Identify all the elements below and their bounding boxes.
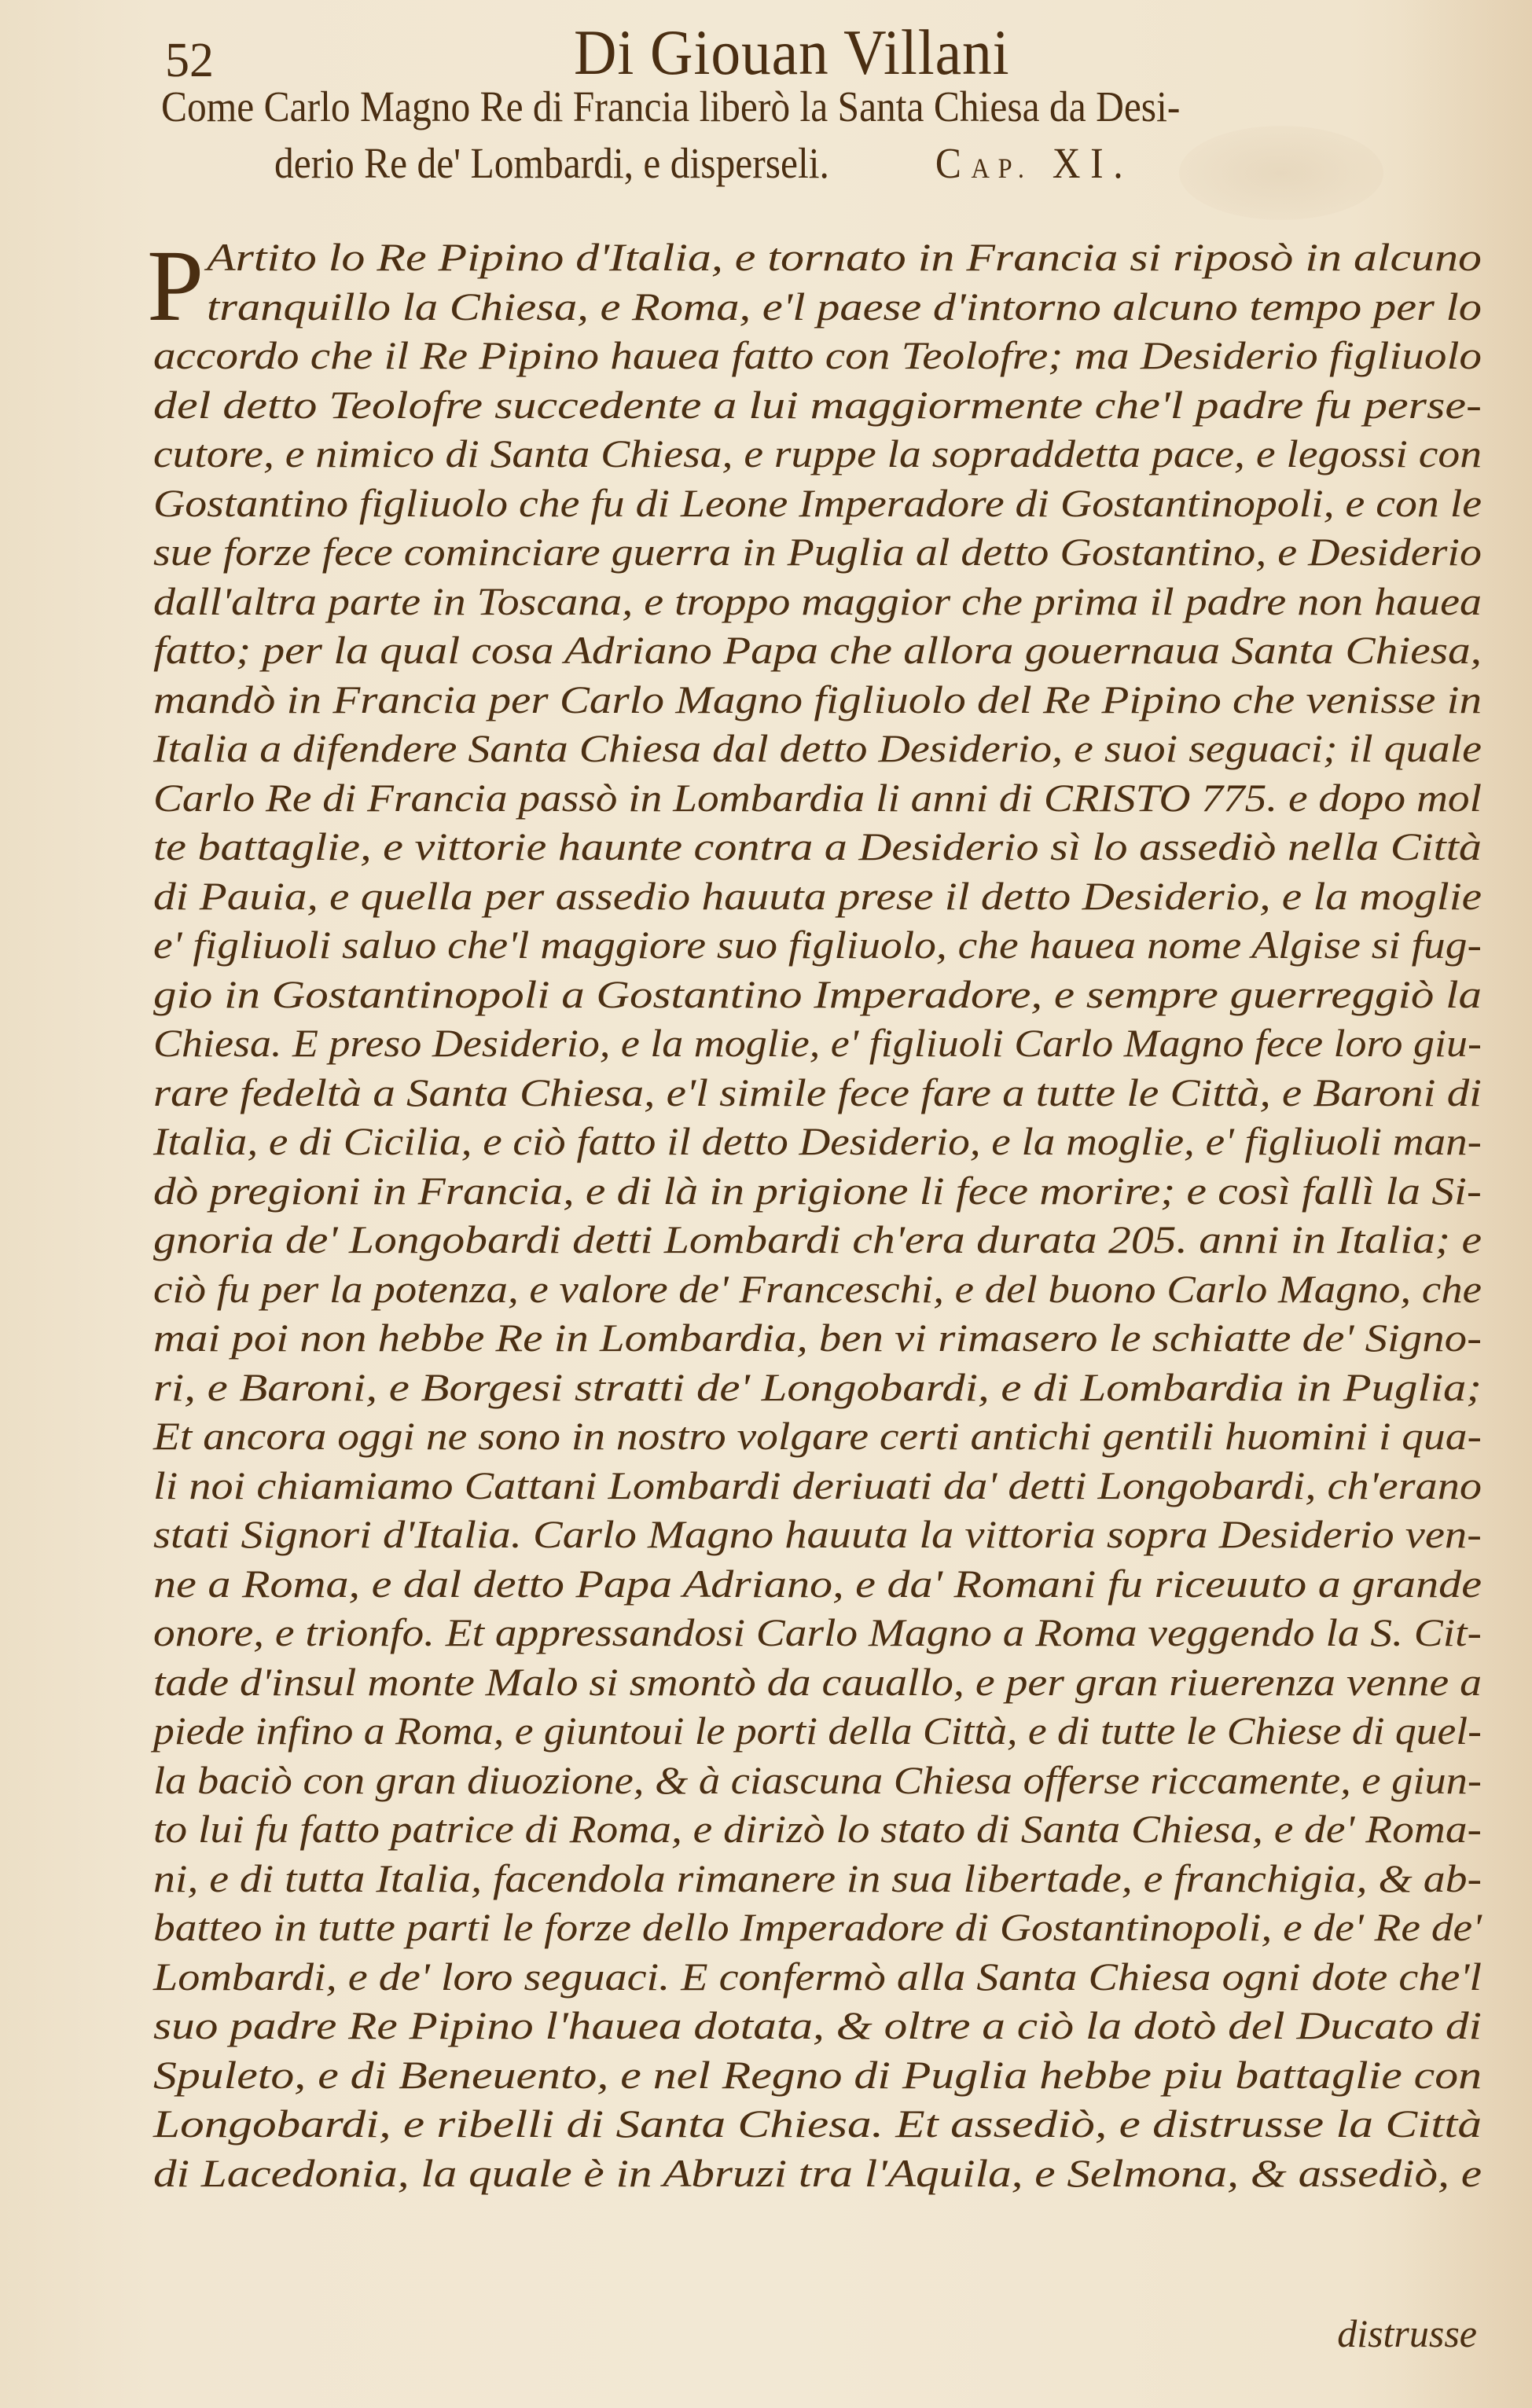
text-line: gio in Gostantinopoli a Gostantino Imper… — [153, 970, 1482, 1019]
text-line: li noi chiamiamo Cattani Lombardi deriua… — [153, 1461, 1482, 1511]
text-line: Spuleto, e di Beneuento, e nel Regno di … — [153, 2050, 1482, 2100]
chapter-label-ap: AP. — [971, 152, 1032, 184]
text-line: la baciò con gran diuozione, & à ciascun… — [153, 1756, 1482, 1805]
text-line: Artito lo Re Pipino d'Italia, e tornato … — [153, 233, 1482, 282]
text-line: del detto Teolofre succedente a lui magg… — [153, 380, 1482, 430]
text-line: te battaglie, e vittorie haunte contra a… — [153, 822, 1482, 872]
text-line: to lui fu fatto patrice di Roma, e diriz… — [153, 1804, 1482, 1854]
text-line: fatto; per la qual cosa Adriano Papa che… — [153, 626, 1482, 675]
text-line: Gostantino figliuolo che fu di Leone Imp… — [153, 479, 1482, 528]
text-line: suo padre Re Pipino l'hauea dotata, & ol… — [153, 2001, 1482, 2050]
text-line: accordo che il Re Pipino hauea fatto con… — [153, 331, 1482, 380]
book-page: 52 Di Giouan Villani Come Carlo Magno Re… — [0, 0, 1532, 2408]
text-line: ri, e Baroni, e Borgesi stratti de' Long… — [153, 1363, 1482, 1412]
text-line: mai poi non hebbe Re in Lombardia, ben v… — [153, 1313, 1482, 1363]
text-line: Italia a difendere Santa Chiesa dal dett… — [153, 724, 1482, 773]
text-line: batteo in tutte parti le forze dello Imp… — [153, 1903, 1482, 1952]
text-line: Lombardi, e de' loro seguaci. E confermò… — [153, 1952, 1482, 2002]
text-line: Chiesa. E preso Desiderio, e la moglie, … — [153, 1019, 1482, 1068]
text-line: dò pregioni in Francia, e di là in prigi… — [153, 1166, 1482, 1216]
chapter-heading: Come Carlo Magno Re di Francia liberò la… — [161, 79, 1497, 196]
chapter-heading-line-1: Come Carlo Magno Re di Francia liberò la… — [161, 79, 1364, 135]
text-line: stati Signori d'Italia. Carlo Magno hauu… — [153, 1510, 1482, 1559]
drop-cap: P — [147, 239, 204, 333]
text-line: ni, e di tutta Italia, facendola rimaner… — [153, 1854, 1482, 1903]
text-line: gnoria de' Longobardi detti Lombardi ch'… — [153, 1215, 1482, 1265]
text-line: rare fedeltà a Santa Chiesa, e'l simile … — [153, 1068, 1482, 1118]
text-line: cutore, e nimico di Santa Chiesa, e rupp… — [153, 429, 1482, 479]
chapter-number: XI. — [1053, 139, 1133, 187]
text-line: di Pauia, e quella per assedio hauuta pr… — [153, 872, 1482, 921]
text-line: Italia, e di Cicilia, e ciò fatto il det… — [153, 1117, 1482, 1166]
text-line: dall'altra parte in Toscana, e troppo ma… — [153, 577, 1482, 626]
chapter-heading-line-2-text: derio Re de' Lombardi, e disperseli. — [274, 139, 829, 187]
text-line: ne a Roma, e dal detto Papa Adriano, e d… — [153, 1559, 1482, 1609]
catchword: distrusse — [1337, 2311, 1477, 2356]
chapter-label-c: C — [935, 139, 972, 187]
text-line: Longobardi, e ribelli di Santa Chiesa. E… — [153, 2099, 1482, 2149]
text-line: sue forze fece cominciare guerra in Pugl… — [153, 527, 1482, 577]
text-line: Et ancora oggi ne sono in nostro volgare… — [153, 1411, 1482, 1461]
text-line: tranquillo la Chiesa, e Roma, e'l paese … — [153, 282, 1482, 332]
text-line: e' figliuoli saluo che'l maggiore suo fi… — [153, 920, 1482, 970]
text-line: mandò in Francia per Carlo Magno figliuo… — [153, 675, 1482, 725]
text-line: tade d'insul monte Malo si smontò da cau… — [153, 1657, 1482, 1707]
text-line: di Lacedonia, la quale è in Abruzi tra l… — [153, 2149, 1482, 2198]
text-line: ciò fu per la potenza, e valore de' Fran… — [153, 1265, 1482, 1314]
page-header: 52 Di Giouan Villani — [165, 16, 1501, 79]
text-line: Carlo Re di Francia passò in Lombardia l… — [153, 773, 1482, 823]
chapter-heading-line-2: derio Re de' Lombardi, e disperseli.CAP.… — [161, 135, 1364, 196]
text-line: onore, e trionfo. Et appressandosi Carlo… — [153, 1608, 1482, 1657]
body-text: P Artito lo Re Pipino d'Italia, e tornat… — [153, 233, 1482, 2197]
text-line: piede infino a Roma, e giuntoui le porti… — [153, 1706, 1482, 1756]
chapter-label: CAP. XI. — [935, 139, 1133, 187]
